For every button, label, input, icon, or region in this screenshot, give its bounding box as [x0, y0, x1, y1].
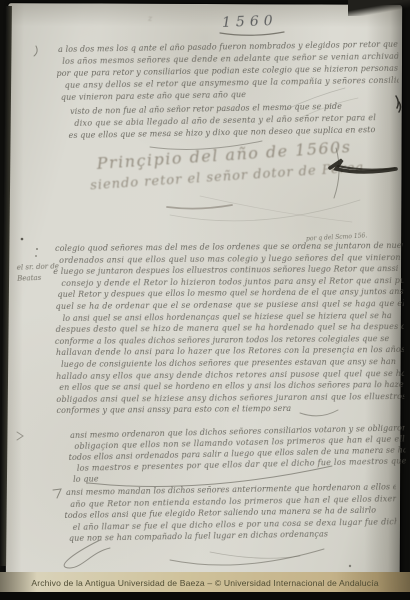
book-edge-strip: Archivo de la Antigua Universidad de Bae…	[0, 572, 410, 594]
photo-frame: z 1560 a los dos mes los q ante el año p…	[0, 0, 410, 600]
pen-smudge: z	[148, 14, 152, 23]
adjacent-page-corner	[348, 0, 410, 16]
year-heading: 1560	[222, 13, 278, 31]
paragraph-4: ansi mesmo ordenaron que los dichos seño…	[70, 422, 406, 485]
paragraph-5: ansi mesmo mandan los dichos señores ant…	[66, 481, 397, 545]
paragraph-3: colegio quod señores mas del mes de los …	[55, 240, 405, 417]
paragraph-1: a los dos mes los q ante el año pasado f…	[58, 39, 399, 104]
archive-caption: Archivo de la Antigua Universidad de Bae…	[0, 578, 410, 588]
